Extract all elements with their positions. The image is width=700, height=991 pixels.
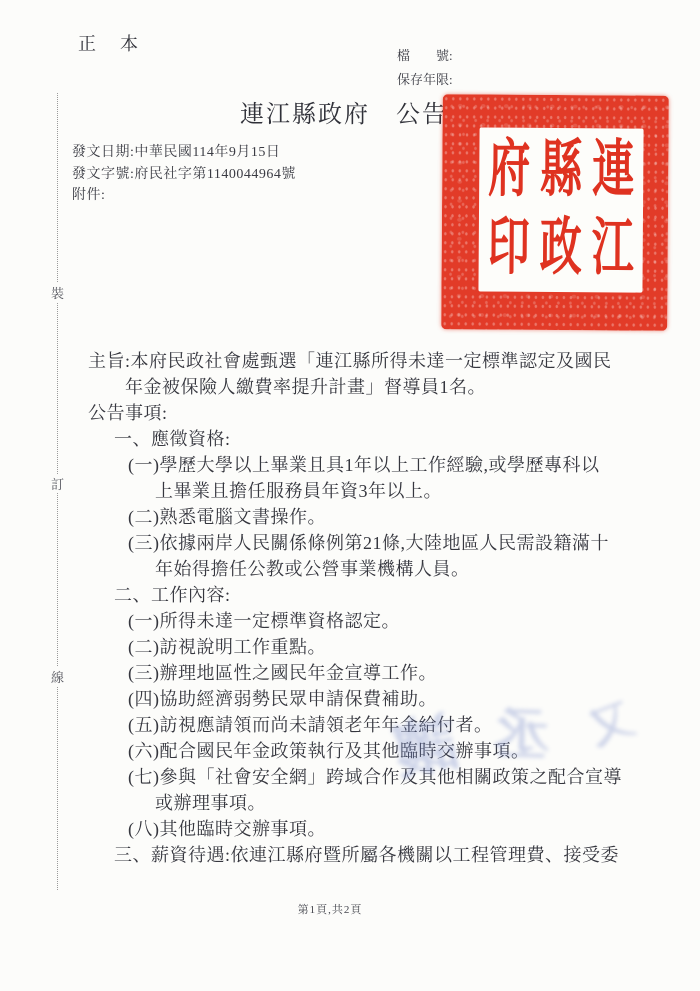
seal-character: 江 [586, 191, 639, 308]
body-line: (一)所得未達一定標準資格認定。 [128, 608, 648, 634]
body-line: 一、應徵資格: [114, 426, 648, 452]
body-line: 年金被保險人繳費率提升計畫」督導員1名。 [125, 374, 648, 400]
body-line: 年始得擔任公教或公營事業機構人員。 [155, 556, 648, 582]
body-line: (五)訪視應請領而尚未請領老年年金給付者。 [128, 712, 648, 738]
scanned-document-page: 正 本 檔 號: 保存年限: 連江縣政府 公告 發文日期:中華民國114年9月1… [0, 0, 700, 991]
body-line: 公告事項: [88, 400, 648, 426]
binding-mark: 線 [50, 667, 65, 686]
retention-period-label: 保存年限: [397, 68, 453, 92]
body-line: (三)辦理地區性之國民年金宣導工作。 [128, 660, 648, 686]
body-line: (四)協助經濟弱勢民眾申請保費補助。 [128, 686, 648, 712]
body-line: 三、薪資待遇:依連江縣府暨所屬各機關以工程管理費、接受委 [114, 842, 648, 868]
official-red-seal: 連江縣政府印 [441, 94, 669, 331]
copy-type-label: 正 本 [78, 30, 141, 56]
body-line: 上畢業且擔任服務員年資3年以上。 [155, 478, 648, 504]
seal-character: 印 [482, 190, 535, 307]
binding-mark: 裝 [50, 283, 65, 302]
file-info-block: 檔 號: 保存年限: [397, 44, 453, 92]
binding-mark: 訂 [50, 474, 65, 493]
body-line: (二)訪視說明工作重點。 [128, 634, 648, 660]
seal-grid: 連江縣政府印 [478, 127, 643, 292]
file-number-label: 檔 號: [397, 44, 453, 68]
issue-date-line: 發文日期:中華民國114年9月15日 [72, 142, 296, 164]
body-line: 二、工作內容: [114, 582, 648, 608]
body-line: (二)熟悉電腦文書操作。 [128, 504, 648, 530]
body-line: (一)學歷大學以上畢業且具1年以上工作經驗,或學歷專科以 [128, 452, 648, 478]
body-line: (七)參與「社會安全網」跨域合作及其他相關政策之配合宣導 [128, 764, 648, 790]
body-line: 主旨:本府民政社會處甄選「連江縣所得未達一定標準認定及國民 [88, 348, 648, 374]
body-line: 或辦理事項。 [155, 790, 648, 816]
attachment-line: 附件: [72, 185, 296, 207]
issue-number-line: 發文字號:府民社字第1140044964號 [72, 164, 296, 186]
body-line: (三)依據兩岸人民關係條例第21條,大陸地區人民需設籍滿十 [128, 530, 648, 556]
document-body: 主旨:本府民政社會處甄選「連江縣所得未達一定標準認定及國民年金被保險人繳費率提升… [88, 348, 648, 868]
body-line: (六)配合國民年金政策執行及其他臨時交辦事項。 [128, 738, 648, 764]
page-number-footer: 第1頁,共2頁 [0, 901, 680, 917]
body-line: (八)其他臨時交辦事項。 [128, 816, 648, 842]
document-meta: 發文日期:中華民國114年9月15日 發文字號:府民社字第1140044964號… [72, 142, 296, 207]
seal-character: 政 [534, 190, 587, 307]
